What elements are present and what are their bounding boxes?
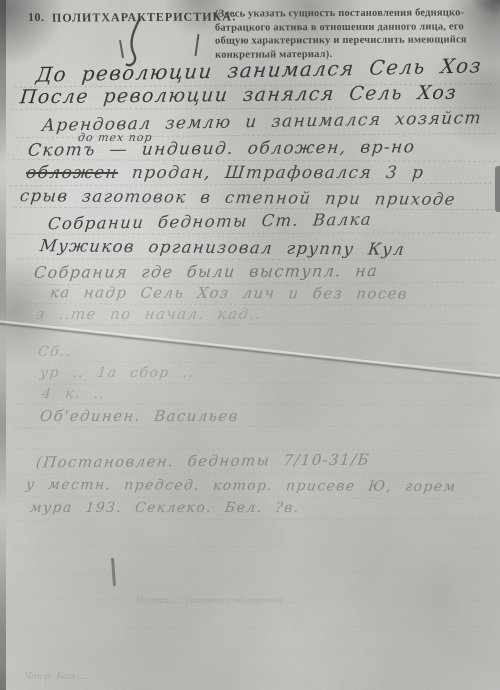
ruled-line <box>12 652 490 655</box>
ghost-bottom-note: Чтор. Ком .... <box>24 670 89 682</box>
handwritten-line: Скотъ — индивид. обложен, вр-но <box>27 137 416 160</box>
instruction-line: (Здесь указать сущность постановления бе… <box>215 6 467 21</box>
pen-tick <box>194 34 199 56</box>
scan-edge-artifact <box>0 0 6 690</box>
ruled-line <box>12 496 490 499</box>
ruled-line <box>18 361 488 364</box>
pen-stroke <box>111 558 115 586</box>
ruled-line <box>12 323 482 326</box>
handwritten-line: (Постановлен. бедноты 7/10-31/Б <box>35 451 371 472</box>
ghost-signature-caption: Подпись .... уполномоч. оформление .... <box>136 596 296 606</box>
ruled-line <box>16 258 496 261</box>
ruled-line <box>14 382 488 385</box>
scanned-document-page: 10. ПОЛИТХАРАКТЕРИСТИКА: (Здесь указать … <box>0 0 500 690</box>
handwritten-line: ка надр Сель Хоз лич и без посев <box>49 283 409 302</box>
ruled-line <box>14 472 490 475</box>
handwritten-line: мура 193. Секлеко. Бел. ?в. <box>29 500 300 516</box>
scan-edge-mark <box>495 166 500 212</box>
handwritten-text: продан, Штрафовался 3 р <box>117 163 425 183</box>
ruled-line <box>16 403 488 406</box>
handwritten-line: у местн. председ. котор. присеве Ю, горе… <box>25 477 457 495</box>
ruled-line <box>14 545 490 548</box>
handwritten-line: Мужиков организовал группу Кул <box>39 236 406 259</box>
handwritten-line: Собрания где были выступл. на <box>33 261 379 282</box>
handwritten-line: Об'единен. Васильев <box>39 407 240 425</box>
pen-flourish <box>110 16 170 72</box>
handwritten-line: Сб.. <box>37 344 72 360</box>
handwritten-line: ур .. 1а сбор .. <box>39 365 195 381</box>
field-number: 10. <box>28 10 45 25</box>
handwritten-line: После революции занялся Сель Хоз <box>19 82 458 109</box>
ruled-line <box>16 518 490 521</box>
instruction-line: батрацкого актива в отношении данного ли… <box>215 20 467 35</box>
handwritten-line: 4 к. .. <box>41 386 106 402</box>
ruled-line <box>12 448 490 451</box>
handwritten-line: обложен продан, Штрафовался 3 р <box>25 163 425 183</box>
struck-word: обложен <box>25 163 119 183</box>
handwritten-line: Собрании бедноты Ст. Валка <box>47 210 373 234</box>
instruction-text: (Здесь указать сущность постановления бе… <box>215 6 467 61</box>
handwritten-line: срыв заготовок в степной при приходе <box>19 186 457 209</box>
instruction-line: общую характеристику и перечислить имеющ… <box>215 33 467 48</box>
ruled-line <box>14 626 490 629</box>
ruled-line <box>12 572 490 575</box>
scan-corner-artifact <box>472 0 500 15</box>
ruled-line <box>14 425 490 428</box>
handwritten-line: з ..те по начал. кад.. <box>35 305 263 323</box>
